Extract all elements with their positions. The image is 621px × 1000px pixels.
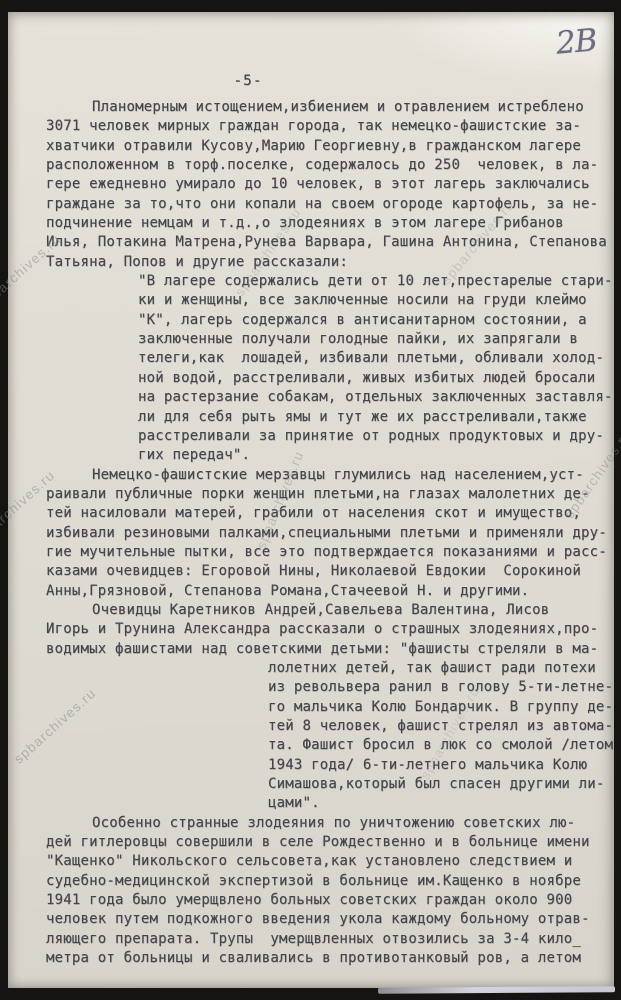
text-line: 1943 года/ 6-ти-летнего мальчика Колю [268,756,621,775]
text-line: цами". [268,794,621,813]
text-line: тей 8 человек, фашист стрелял из автома- [268,717,621,736]
text-line: 3071 человек мирных граждан города, так … [46,117,621,136]
text-line: на растерзание собакам, отдельных заключ… [138,388,621,407]
text-line: ной водой, расстреливали, живых избитых … [138,369,621,388]
text-line: судебно-медицинской экспертизой в больни… [46,872,621,891]
text-line: заключенные получали голодные пайки, их … [138,330,621,349]
text-line: человек путем подкожного введения укола … [46,910,621,929]
text-line: избивали резиновыми палками,специальными… [46,524,621,543]
text-line: телеги,как лошадей, избивали плетьми, об… [138,349,621,368]
text-line: лолетних детей, так фашист ради потехи [268,659,621,678]
text-line: го мальчика Колю Бондарчик. В группу де- [268,698,621,717]
text-line: хватчики отравили Кусову,Марию Георгиевн… [46,137,621,156]
text-line: ляющего препарата. Трупы умерщвленных от… [46,930,621,949]
text-line: "Кащенко" Никольского сельсовета,как уст… [46,852,621,871]
text-line: казами очевидцев: Егоровой Нины, Николае… [46,562,621,581]
text-line: гие мучительные пытки, все это подтвержд… [46,543,621,562]
text-line: расположенном в торф.поселке, содержалос… [46,156,621,175]
text-line: Татьяна, Попов и другие рассказали: [46,253,621,272]
text-line: тей насиловали матерей, грабили от насел… [46,504,621,523]
text-line: раивали публичные порки женщин плетьми,н… [46,485,621,504]
text-line: 1941 года было умерщвлено больных советс… [46,891,621,910]
text-line: расстреливали за принятие от родных прод… [138,427,621,446]
text-line: Особенно странные злодеяния по уничтожен… [92,814,621,833]
text-line: Игорь и Трунина Александра рассказали о … [46,620,621,639]
document-content: Планомерным истощением,избиением и отрав… [46,98,621,968]
text-line: ли для себя рыть ямы и тут же их расстре… [138,408,621,427]
scanned-document-photo: { "page": { "handwritten_folio_mark": "2… [0,0,621,1000]
text-line: метра от больницы и сваливались в против… [46,949,621,968]
text-line: Илья, Потакина Матрена,Рунева Варвара, Г… [46,233,621,252]
text-line: "К", лагерь содержался в антисанитарном … [138,311,621,330]
text-line: подчинение немцам и т.д.,о злодеяниях в … [46,214,621,233]
page-number: -5- [213,73,283,89]
text-line: та. Фашист бросил в люк со смолой /летом [268,736,621,755]
text-line: гере ежедневно умирало до 10 человек, в … [46,175,621,194]
text-line: ки и женщины, все заключенные носили на … [138,291,621,310]
text-line: из револьвера ранил в голову 5-ти-летне- [268,678,621,697]
text-line: Анны,Грязновой, Степанова Романа,Стачеев… [46,582,621,601]
text-line: водимых фашистами над советскими детьми:… [46,640,621,659]
text-line: Немецко-фашистские мерзавцы глумились на… [92,466,621,485]
text-line: Симашова,который был спасен другими ли- [268,775,621,794]
text-line: дей гитлеровцы совершили в селе Рождеств… [46,833,621,852]
document-page: 2В -5- Планомерным истощением,избиением … [8,12,614,988]
text-line: граждане за то,что они копали на своем о… [46,195,621,214]
text-line: Планомерным истощением,избиением и отрав… [92,98,621,117]
handwritten-folio-number: 2В [555,22,598,61]
page-bottom-edge [378,986,615,993]
text-line: Очевидцы Каретников Андрей,Савельева Вал… [92,601,621,620]
text-line: "В лагере содержались дети от 10 лет,пре… [138,272,621,291]
text-line: гих передач". [138,446,621,465]
